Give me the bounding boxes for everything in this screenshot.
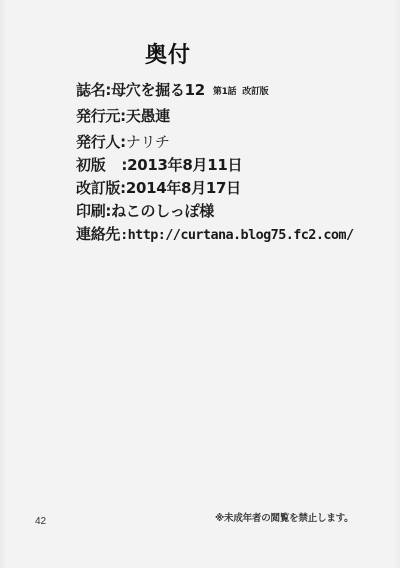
entry-label: 誌名 <box>76 81 105 99</box>
entry-value: ねこのしっぽ様 <box>111 202 214 220</box>
entry-printer: 印刷:ねこのしっぽ様 <box>76 200 214 221</box>
revision-tag: 改訂版 <box>242 87 268 97</box>
entry-contact: 連絡先:http://curtana.blog75.fc2.com/ <box>76 223 353 244</box>
entry-label: 発行元 <box>76 107 120 125</box>
document-page: 奥付 誌名:母穴を掘る12第1話改訂版 発行元:天愚連 発行人:ナリチ 初版:2… <box>0 0 400 568</box>
entry-value: 2013年8月11日 <box>127 156 242 174</box>
entry-publisher: 発行元:天愚連 <box>76 105 170 126</box>
entry-value: 2014年8月17日 <box>126 179 241 197</box>
entry-revised-edition: 改訂版:2014年8月17日 <box>76 177 241 198</box>
page-title: 奥付 <box>145 38 191 69</box>
entry-label: 改訂版 <box>76 179 120 197</box>
contact-url: http://curtana.blog75.fc2.com/ <box>128 227 354 243</box>
entry-issuer: 発行人:ナリチ <box>76 131 170 152</box>
entry-label: 発行人 <box>76 133 120 151</box>
entry-label: 印刷 <box>76 202 105 220</box>
page-number: 42 <box>35 516 46 527</box>
entry-first-edition: 初版:2013年8月11日 <box>76 154 242 175</box>
entry-label: 連絡先 <box>76 225 120 243</box>
entry-value: 母穴を掘る12 <box>111 81 205 99</box>
entry-magazine-name: 誌名:母穴を掘る12第1話改訂版 <box>76 79 268 100</box>
age-restriction-notice: ※未成年者の閲覧を禁止します。 <box>215 510 353 524</box>
entry-value: 天愚連 <box>126 107 170 125</box>
entry-label: 初版 <box>76 156 105 174</box>
entry-separator: : <box>120 227 128 243</box>
entry-value: ナリチ <box>126 133 170 151</box>
episode-tag: 第1話 <box>213 87 236 97</box>
